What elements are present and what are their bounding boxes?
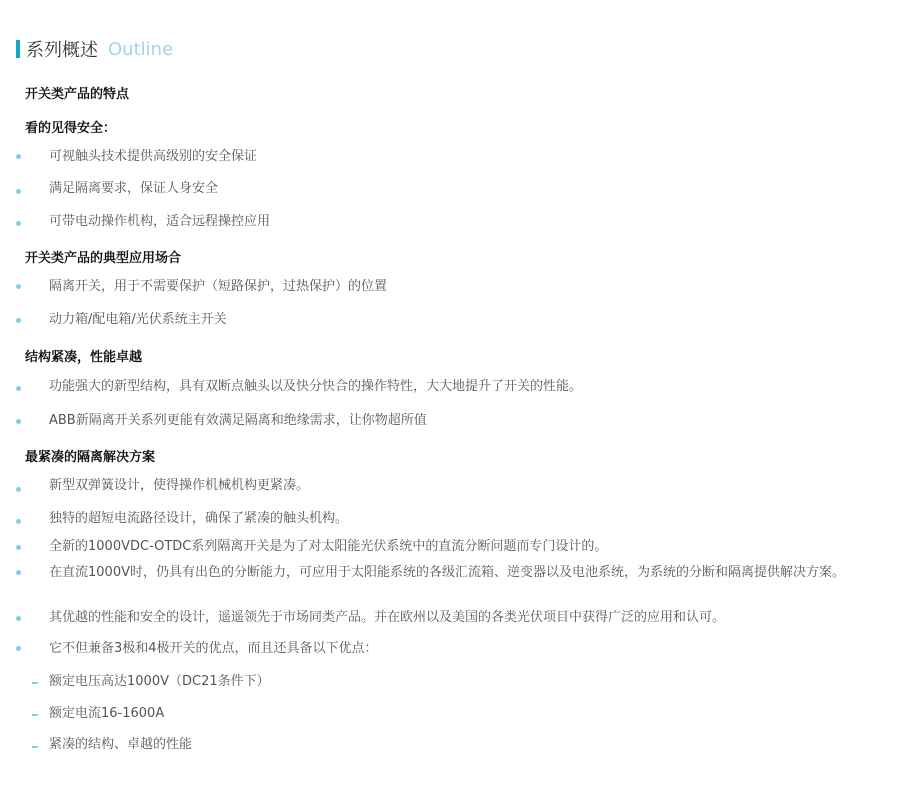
section-title-en: Outline	[108, 39, 173, 60]
heading-product-features: 开关类产品的特点	[25, 83, 129, 102]
title-accent-bar	[16, 40, 20, 58]
heading-compact-structure: 结构紧凑，性能卓越	[25, 346, 142, 365]
section-title: 系列概述 Outline	[16, 38, 173, 60]
bullet-icon	[16, 570, 21, 575]
bullet-icon	[16, 545, 21, 550]
heading-compact-isolation: 最紧凑的隔离解决方案	[25, 446, 155, 465]
bullet-icon	[16, 284, 21, 289]
section-title-cn: 系列概述	[26, 36, 98, 62]
bullet-icon	[16, 419, 21, 424]
dash-icon	[32, 714, 38, 716]
dash-icon	[32, 746, 38, 748]
heading-visible-safety: 看的见得安全：	[25, 117, 116, 136]
heading-typical-applications: 开关类产品的典型应用场合	[25, 247, 181, 266]
bullet-icon	[16, 487, 21, 492]
bullet-icon	[16, 386, 21, 391]
bullet-icon	[16, 519, 21, 524]
dash-icon	[32, 682, 38, 684]
bullet-icon	[16, 221, 21, 226]
bullet-icon	[16, 616, 21, 621]
bullet-icon	[16, 189, 21, 194]
bullet-icon	[16, 646, 21, 651]
bullet-icon	[16, 318, 21, 323]
bullet-icon	[16, 154, 21, 159]
